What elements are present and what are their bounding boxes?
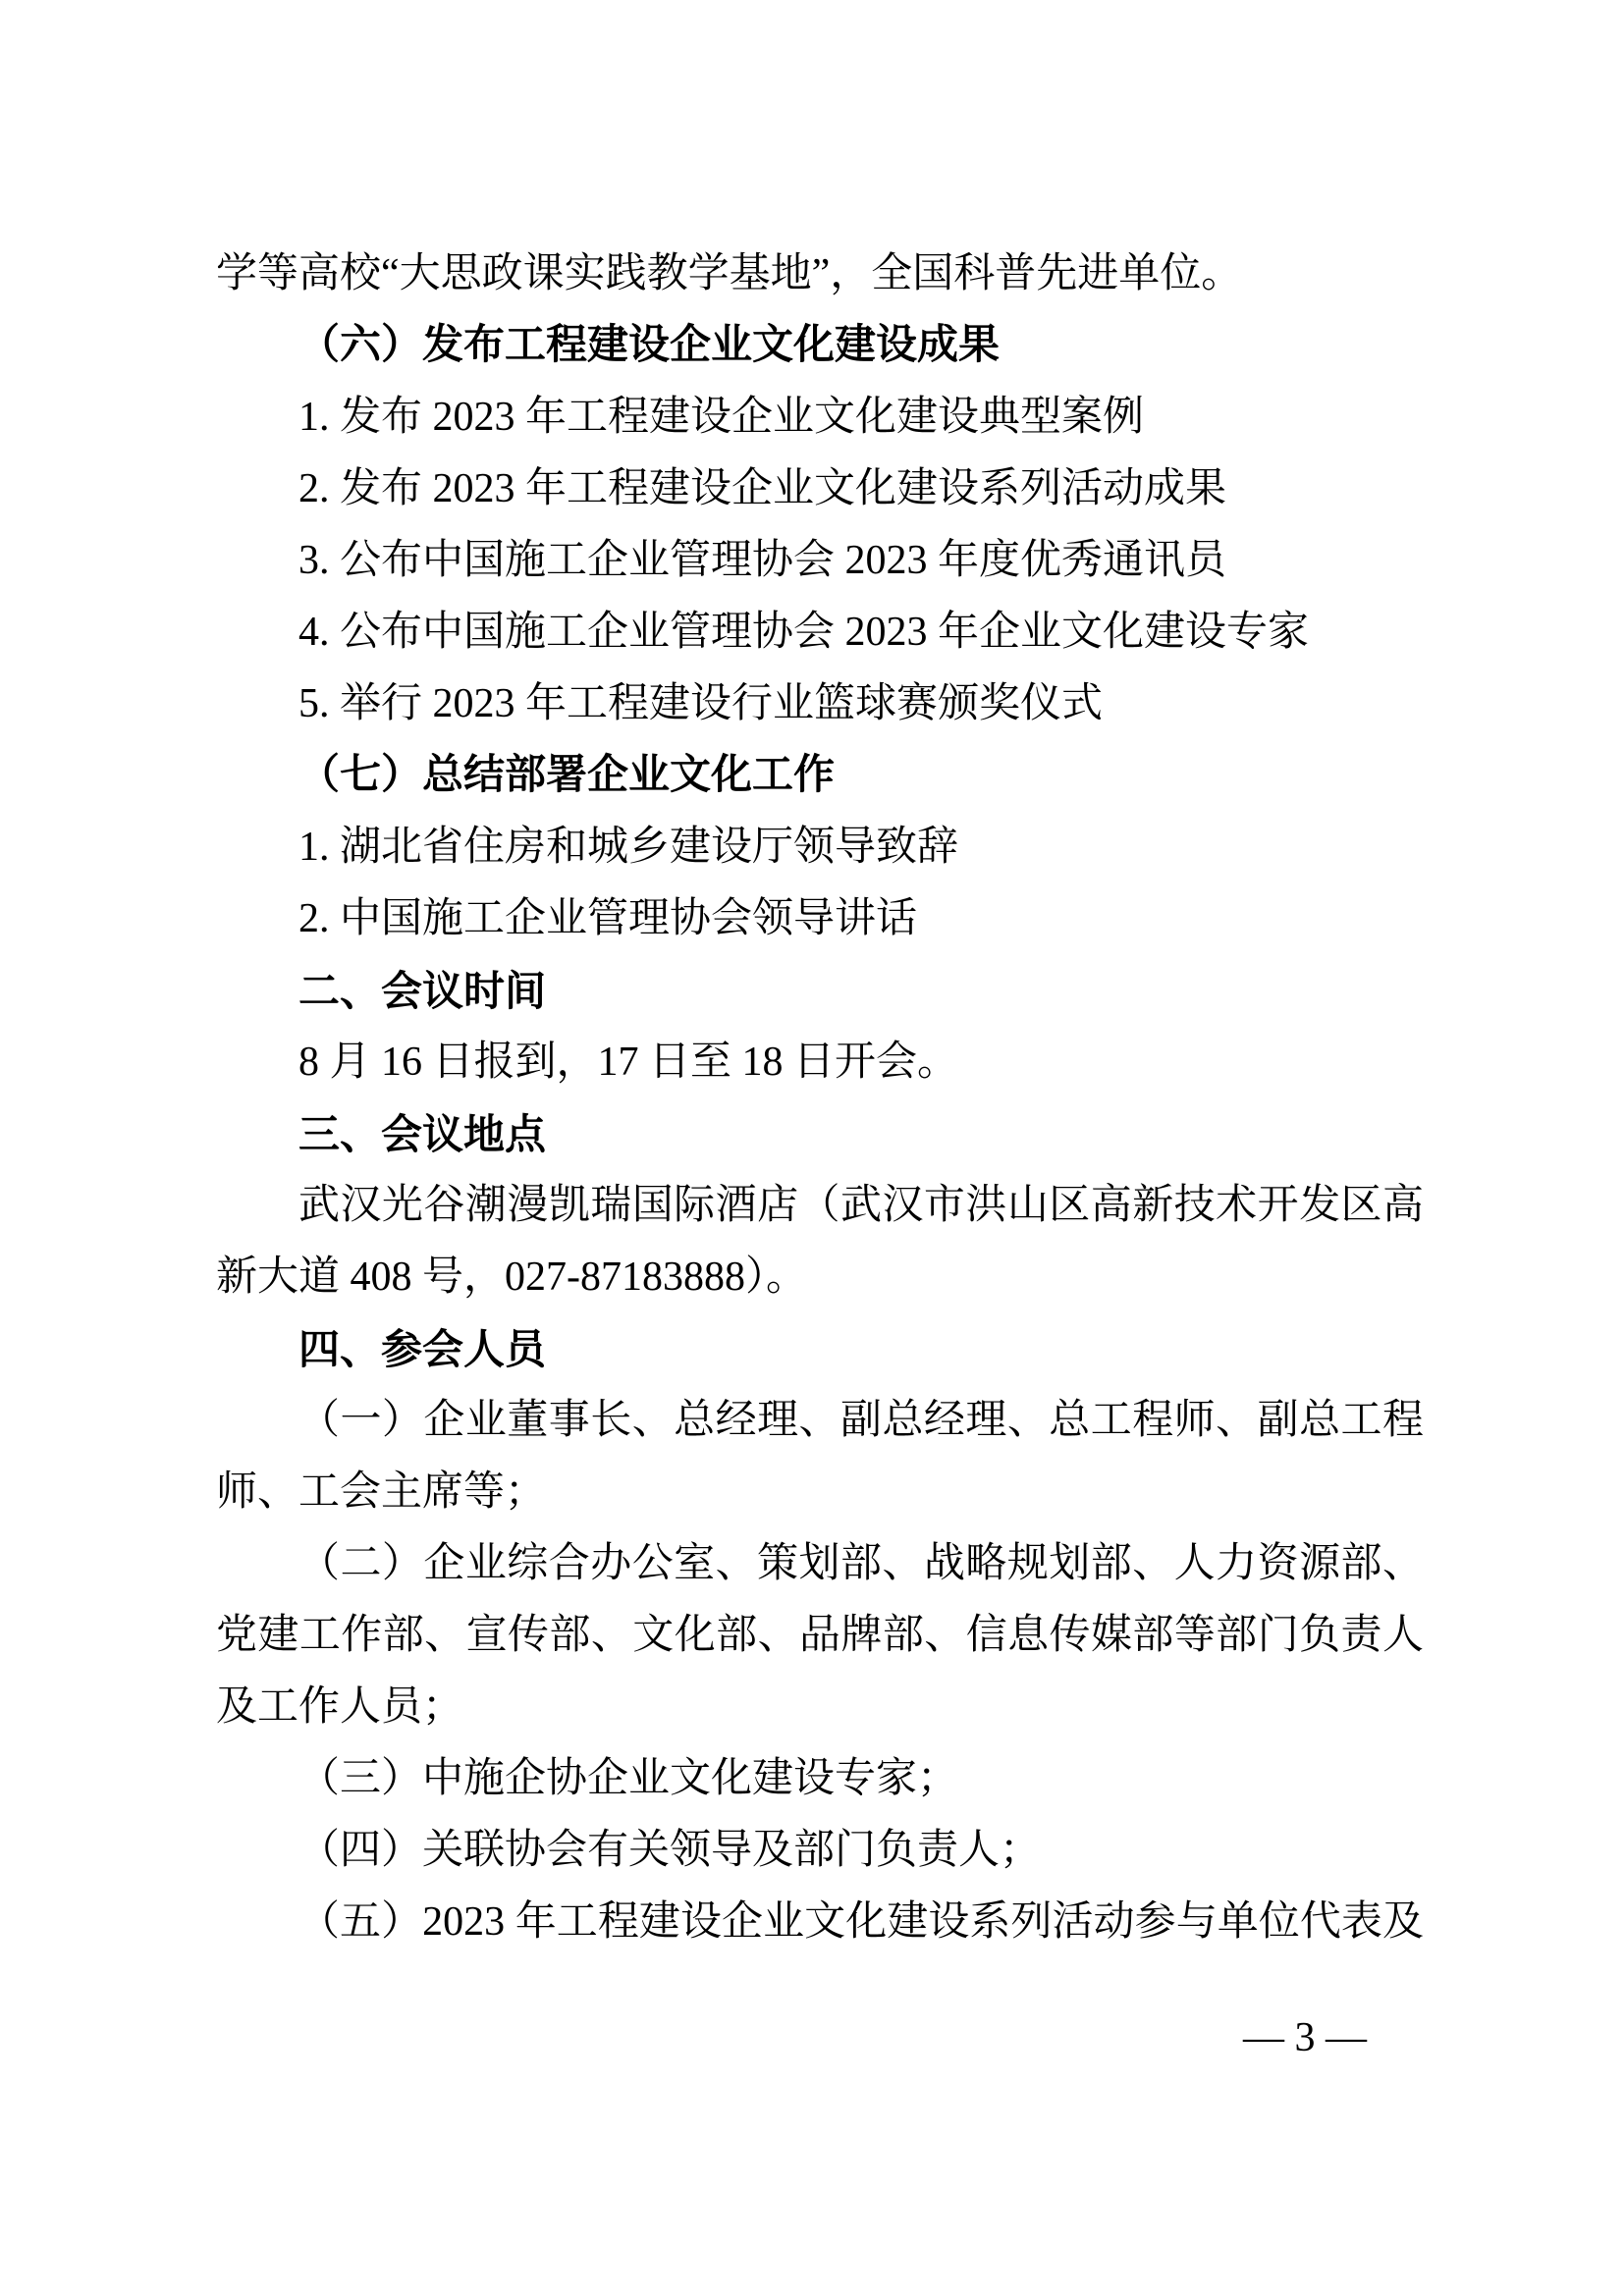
document-line: （一）企业董事长、总经理、副总经理、总工程师、副总工程: [216, 1385, 1424, 1457]
document-line: 5. 举行 2023 年工程建设行业篮球赛颁奖仪式: [216, 668, 1424, 740]
document-line: 1. 发布 2023 年工程建设企业文化建设典型案例: [216, 382, 1424, 454]
page-number: — 3 —: [1243, 2008, 1367, 2067]
document-line: （七）总结部署企业文化工作: [216, 740, 1424, 812]
document-line: （三）中施企协企业文化建设专家；: [216, 1743, 1424, 1815]
document-line: 2. 中国施工企业管理协会领导讲话: [216, 883, 1424, 955]
document-line: 学等高校“大思政课实践教学基地”，全国科普先进单位。: [216, 239, 1424, 310]
document-line: 三、会议地点: [216, 1098, 1424, 1170]
document-line: 武汉光谷潮漫凯瑞国际酒店（武汉市洪山区高新技术开发区高: [216, 1170, 1424, 1242]
document-line: 新大道 408 号，027-87183888）。: [216, 1242, 1424, 1313]
document-line: （二）企业综合办公室、策划部、战略规划部、人力资源部、: [216, 1528, 1424, 1600]
document-line: 3. 公布中国施工企业管理协会 2023 年度优秀通讯员: [216, 525, 1424, 597]
document-line: 四、参会人员: [216, 1313, 1424, 1385]
document-line: 8 月 16 日报到，17 日至 18 日开会。: [216, 1027, 1424, 1098]
document-line: 及工作人员；: [216, 1672, 1424, 1743]
document-line: （五）2023 年工程建设企业文化建设系列活动参与单位代表及: [216, 1887, 1424, 1958]
document-line: 2. 发布 2023 年工程建设企业文化建设系列活动成果: [216, 454, 1424, 525]
document-line: 1. 湖北省住房和城乡建设厅领导致辞: [216, 812, 1424, 883]
document-line: （四）关联协会有关领导及部门负责人；: [216, 1815, 1424, 1887]
document-page: 学等高校“大思政课实践教学基地”，全国科普先进单位。（六）发布工程建设企业文化建…: [0, 0, 1624, 2296]
document-line: 4. 公布中国施工企业管理协会 2023 年企业文化建设专家: [216, 597, 1424, 668]
document-line: （六）发布工程建设企业文化建设成果: [216, 310, 1424, 382]
document-line: 党建工作部、宣传部、文化部、品牌部、信息传媒部等部门负责人: [216, 1600, 1424, 1672]
document-line: 二、会议时间: [216, 955, 1424, 1027]
document-line: 师、工会主席等；: [216, 1457, 1424, 1528]
document-body: 学等高校“大思政课实践教学基地”，全国科普先进单位。（六）发布工程建设企业文化建…: [216, 239, 1424, 1958]
